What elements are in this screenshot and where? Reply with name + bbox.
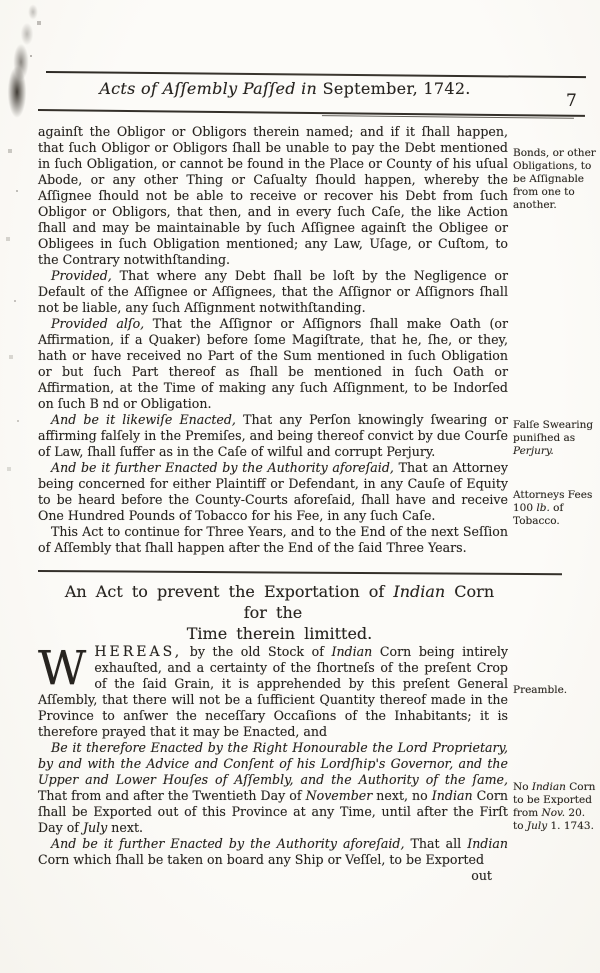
text-run: And be it further Enacted by the Authori… — [51, 460, 394, 475]
act1-paragraph-4: And be it likewiſe Enacted, That any Per… — [38, 412, 508, 460]
text-run: Perjury. — [513, 445, 554, 457]
header-top-rule — [46, 71, 586, 78]
text-run: An Act to prevent the Exportation of — [65, 582, 394, 601]
text-run: No — [513, 781, 532, 793]
text-run: Indian — [467, 836, 508, 851]
text-run: That from and after the Twentieth Day of — [38, 788, 306, 803]
margin-note-no-corn-export: No Indian Corn to be Exported from Nov. … — [513, 781, 597, 833]
text-run: Indian — [432, 788, 473, 803]
text-run: Acts of Aſſembly Paſſed in — [99, 79, 322, 98]
scanned-book-page: Acts of Aſſembly Paſſed in September, 17… — [0, 0, 600, 973]
act2-further-enacted-paragraph: And be it further Enacted by the Authori… — [38, 836, 508, 868]
act2-heading-line1: An Act to prevent the Exportation of Ind… — [38, 581, 508, 623]
act1-paragraph-5: And be it further Enacted by the Authori… — [38, 460, 508, 524]
act1-paragraph-1: againſt the Obligor or Obligors therein … — [38, 124, 508, 268]
margin-note-false-swearing: Falſe Swearing puniſhed as Perjury. — [513, 419, 597, 458]
text-run: Indian — [393, 582, 445, 601]
header-bottom-rule — [38, 109, 585, 117]
text-run: Be it therefore Enacted by the Right Hon… — [38, 740, 508, 787]
text-run: Provided, — [51, 268, 112, 283]
text-run: Provided alſo, — [51, 316, 144, 331]
act1-paragraph-6: This Act to continue for Three Years, an… — [38, 524, 508, 556]
margin-note-attorneys-fees: Attorneys Fees 100 lb. of Tobacco. — [513, 489, 597, 528]
text-run: Corn which ſhall be taken on board any S… — [38, 852, 484, 867]
text-run: againſt the Obligor or Obligors therein … — [38, 124, 508, 267]
main-text-column: againſt the Obligor or Obligors therein … — [38, 124, 508, 884]
act2-heading-line2: Time therein limitted. — [38, 623, 508, 644]
act1-paragraph-3: Provided alſo, That the Aſſignor or Aſſi… — [38, 316, 508, 412]
text-run: Indian — [331, 644, 372, 659]
act2-heading: An Act to prevent the Exportation of Ind… — [38, 581, 508, 644]
text-run: July — [527, 820, 547, 832]
act1-paragraph-2: Provided, That where any Debt ſhall be l… — [38, 268, 508, 316]
margin-note-preamble: Preamble. — [513, 684, 597, 697]
act2-preamble-text: HEREAS, by the old Stock of Indian Corn … — [38, 644, 508, 739]
text-run: HEREAS, — [94, 644, 182, 660]
text-run: next, no — [372, 788, 432, 803]
text-run: lb. — [536, 502, 549, 514]
margin-note-bonds-assignable: Bonds, or other Obligations, to be Aſſig… — [513, 147, 597, 212]
text-run: Indian — [532, 781, 566, 793]
text-run: Nov. — [542, 807, 566, 819]
text-run: next. — [107, 820, 143, 835]
text-run: by the old Stock of — [182, 644, 331, 659]
text-run: Preamble. — [513, 684, 567, 696]
text-run: 1. 1743. — [547, 820, 594, 832]
page-number: 7 — [566, 91, 577, 111]
act2-enacting-paragraph: Be it therefore Enacted by the Right Hon… — [38, 740, 508, 836]
text-run: This Act to continue for Three Years, an… — [38, 524, 508, 555]
text-run: And be it further Enacted by the Authori… — [51, 836, 404, 851]
catchword: out — [38, 868, 508, 884]
act2-preamble-paragraph: WHEREAS, by the old Stock of Indian Corn… — [38, 644, 508, 740]
text-run: Falſe Swearing puniſhed as — [513, 419, 593, 444]
text-run: November — [306, 788, 373, 803]
text-run: September, 1742. — [323, 79, 471, 98]
text-run: That all — [404, 836, 467, 851]
text-run: And be it likewiſe Enacted, — [51, 412, 236, 427]
running-header-title: Acts of Aſſembly Paſſed in September, 17… — [70, 79, 500, 98]
text-run: July — [83, 820, 107, 835]
text-run: Bonds, or other Obligations, to be Aſſig… — [513, 147, 596, 211]
drop-cap-initial: W — [38, 647, 86, 689]
section-divider-rule — [38, 570, 562, 575]
scan-speckle-artifacts — [0, 0, 2, 2]
